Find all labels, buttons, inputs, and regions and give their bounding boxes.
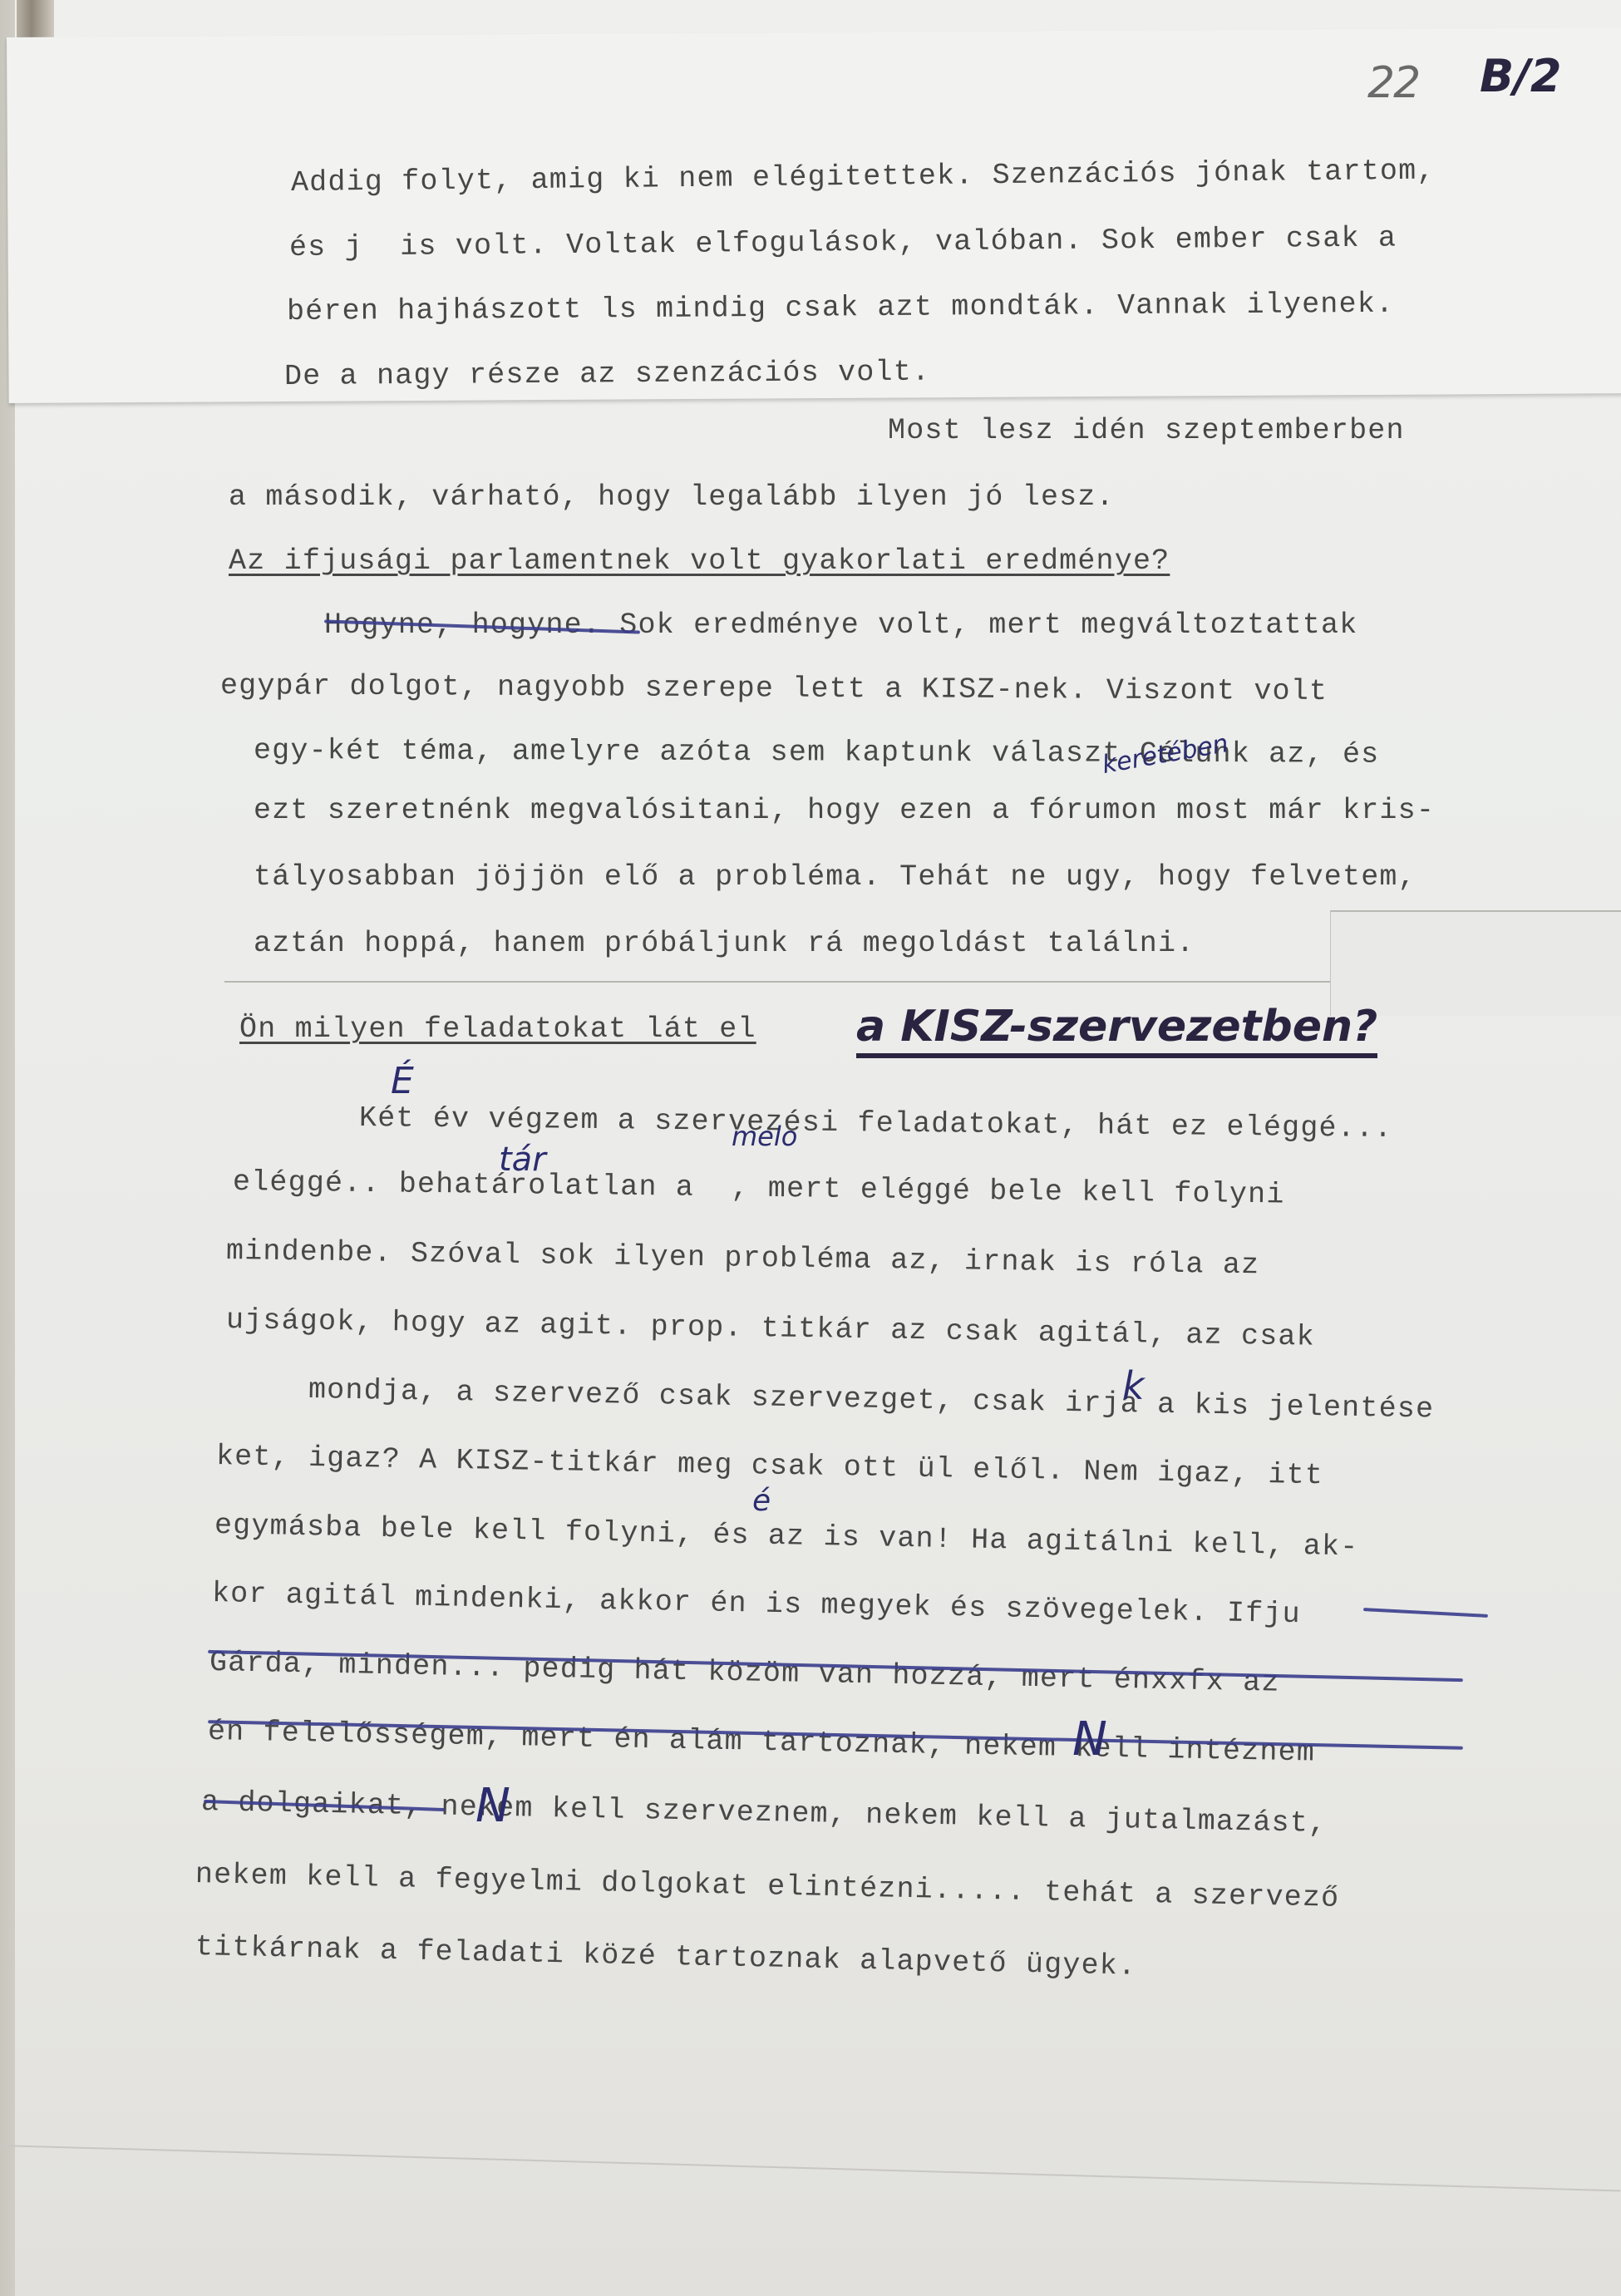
page-number: 22 — [1367, 58, 1419, 108]
text-line: egypár dolgot, nagyobb szerepe lett a KI… — [220, 669, 1328, 708]
handwritten-capital: N — [475, 1779, 510, 1833]
question-heading: Ön milyen feladatokat lát el — [239, 1013, 756, 1046]
question-heading: Az ifjusági parlamentnek volt gyakorlati… — [229, 544, 1170, 578]
handwritten-question-addition: a KISZ-szervezetben? — [856, 1002, 1377, 1058]
text-line: tályosabban jöjjön elő a probléma. Tehát… — [254, 860, 1417, 894]
text-line: Most lesz idén szeptemberben — [888, 414, 1405, 447]
pasted-paper-patch — [1330, 910, 1621, 1016]
handwritten-correction: É — [391, 1060, 414, 1102]
handwritten-insert: k — [1122, 1363, 1145, 1408]
text-line: De a nagy része az szenzációs volt. — [284, 356, 930, 393]
text-line: ezt szeretnénk megvalósitani, hogy ezen … — [254, 794, 1435, 827]
handwritten-insert: é — [752, 1484, 771, 1518]
handwritten-insert: melo — [732, 1121, 797, 1152]
handwritten-capital: N — [1072, 1712, 1107, 1766]
text-line: aztán hoppá, hanem próbáljunk rá megoldá… — [254, 927, 1195, 960]
text-line: a második, várható, hogy legalább ilyen … — [229, 480, 1115, 514]
page-reference: B/2 — [1480, 50, 1561, 102]
